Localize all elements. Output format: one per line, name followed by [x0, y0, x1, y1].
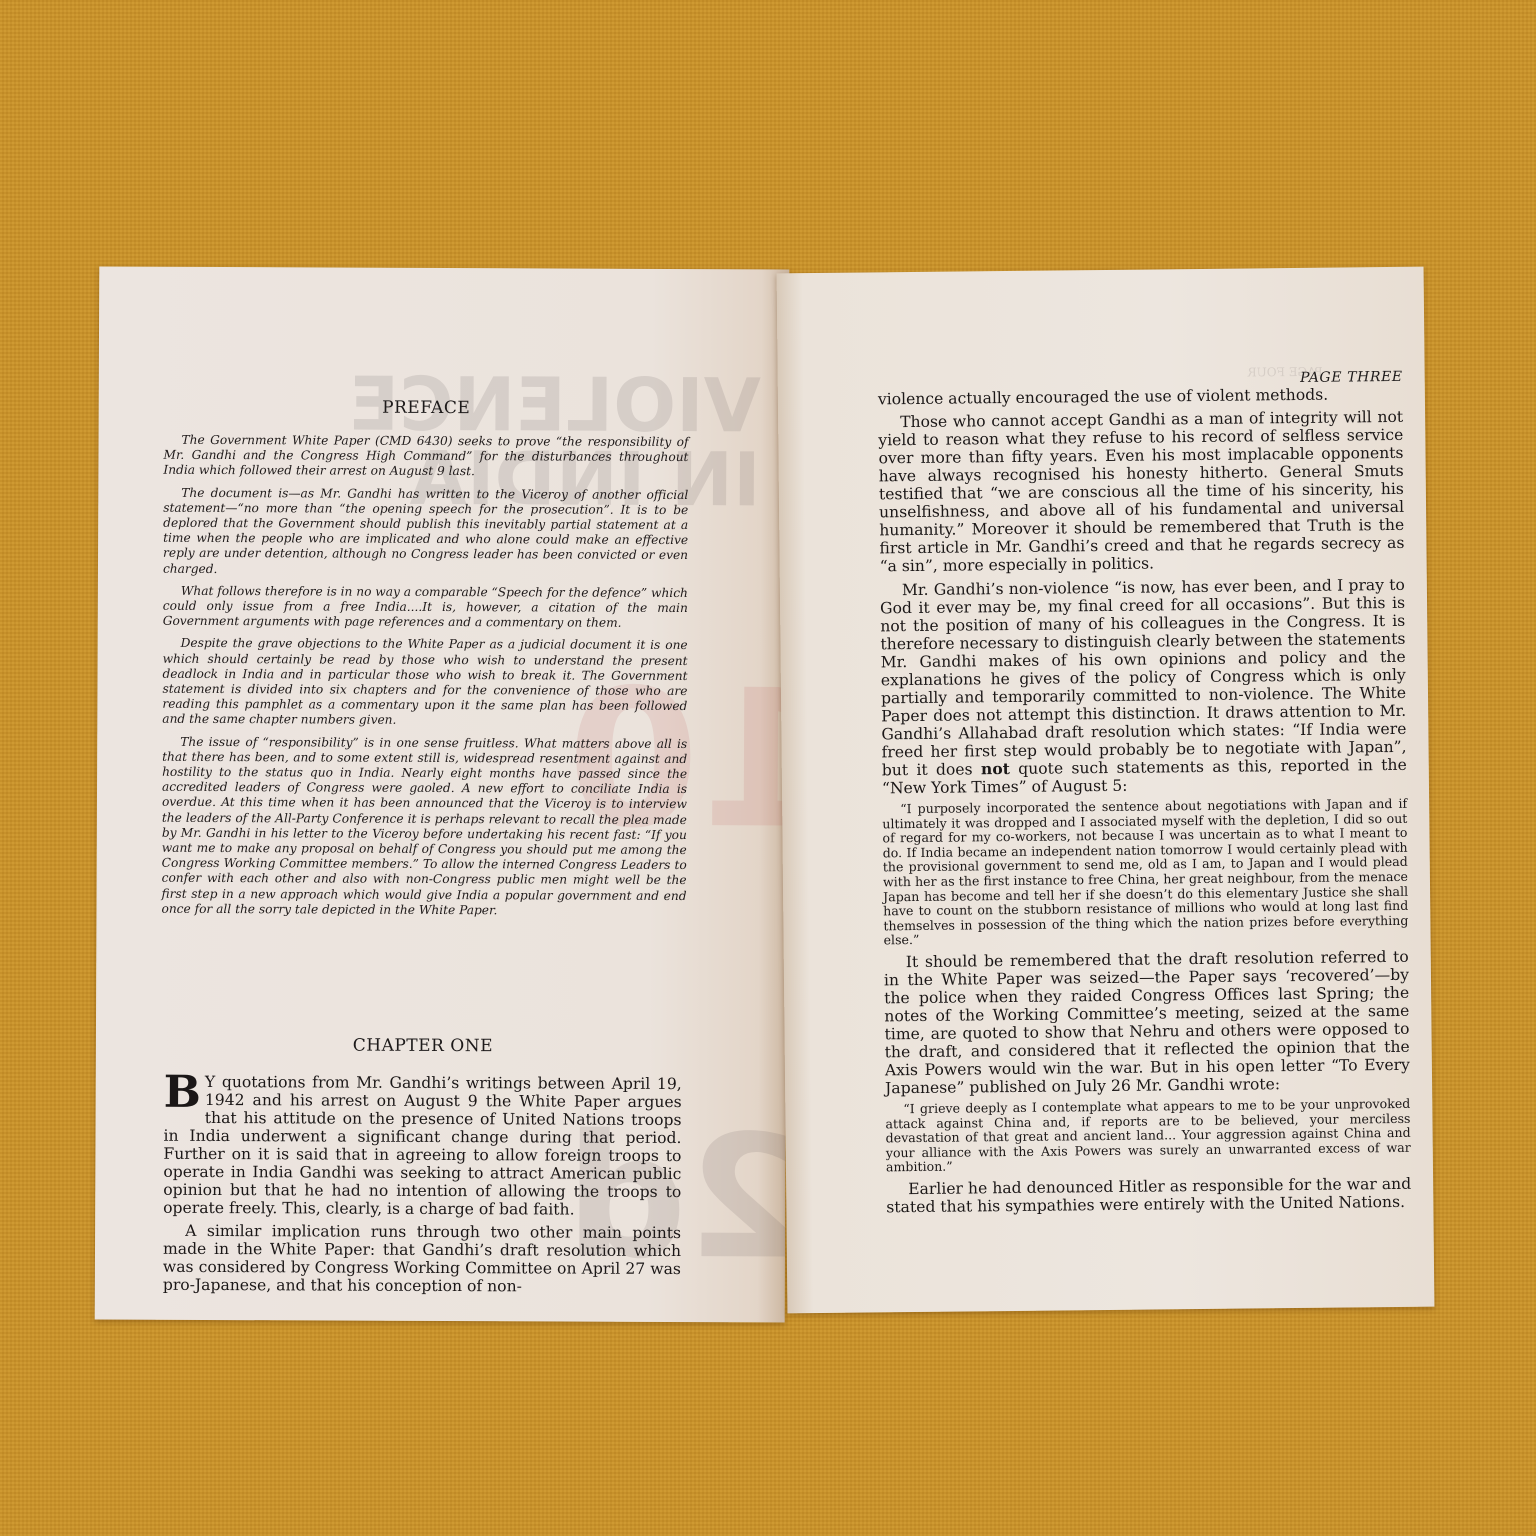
right-page: PAGE FOUR PAGE THREE violence actually e…: [777, 267, 1435, 1314]
chapter-paragraph-text: Y quotations from Mr. Gandhi’s writings …: [163, 1073, 682, 1219]
body-paragraph: Earlier he had denounced Hitler as respo…: [886, 1175, 1411, 1216]
drop-cap: B: [164, 1075, 201, 1111]
chapter-paragraph: BY quotations from Mr. Gandhi’s writings…: [163, 1073, 682, 1219]
preface-paragraph: The issue of “responsibility” is in one …: [161, 734, 687, 919]
chapter-one-section: CHAPTER ONE BY quotations from Mr. Gandh…: [163, 1035, 682, 1301]
chapter-heading: CHAPTER ONE: [164, 1035, 682, 1057]
emphasis-text: not: [981, 759, 1010, 778]
preface-heading: PREFACE: [164, 397, 689, 419]
quote-text: “I purposely incorporated the sentence a…: [882, 797, 1408, 948]
block-quote: “I purposely incorporated the sentence a…: [882, 797, 1408, 948]
left-page: VIOLENCE IN INDIA 10 2d PREFACE The Gove…: [95, 266, 790, 1322]
body-paragraph: It should be remembered that the draft r…: [884, 948, 1410, 1097]
chapter-paragraph: A similar implication runs through two o…: [163, 1222, 681, 1296]
preface-section: PREFACE The Government White Paper (CMD …: [161, 397, 688, 926]
block-quote: “I grieve deeply as I contemplate what a…: [885, 1097, 1411, 1175]
body-paragraph: Those who cannot accept Gandhi as a man …: [878, 408, 1405, 575]
paragraph-text: Mr. Gandhi’s non-violence “is now, has e…: [880, 576, 1407, 779]
right-page-content: PAGE THREE violence actually encouraged …: [878, 369, 1412, 1221]
preface-paragraph: The Government White Paper (CMD 6430) se…: [163, 433, 688, 481]
right-page-body: violence actually encouraged the use of …: [878, 385, 1412, 1216]
preface-body: The Government White Paper (CMD 6430) se…: [161, 433, 688, 919]
preface-paragraph: Despite the grave objections to the Whit…: [162, 636, 687, 730]
body-paragraph: Mr. Gandhi’s non-violence “is now, has e…: [880, 576, 1407, 797]
quote-text: “I grieve deeply as I contemplate what a…: [885, 1097, 1411, 1175]
chapter-body: BY quotations from Mr. Gandhi’s writings…: [163, 1073, 682, 1296]
preface-paragraph: What follows therefore is in no way a co…: [163, 584, 688, 632]
preface-paragraph: The document is—as Mr. Gandhi has writte…: [163, 485, 688, 579]
